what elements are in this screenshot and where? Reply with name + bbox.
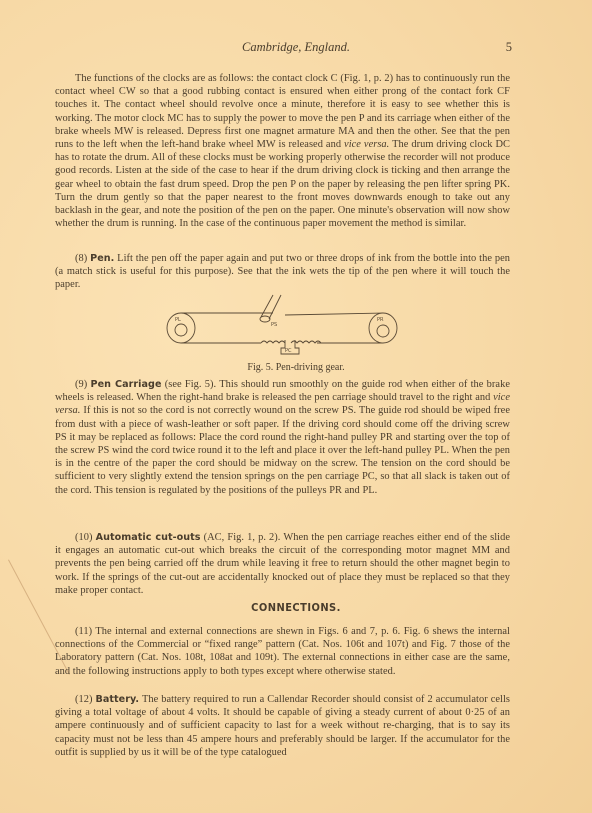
paragraph-text: The drum driving clock DC has to rotate … [55, 139, 510, 229]
italic-text: vice versa. [344, 139, 389, 150]
pen-driving-gear-diagram: PL PR PS PC [165, 290, 410, 365]
paragraph-connections: (11) The internal and external connectio… [55, 625, 510, 678]
paragraph-text: Lift the pen off the paper again and put… [55, 253, 510, 290]
paragraph-pen: (8) Pen. Lift the pen off the paper agai… [55, 252, 510, 292]
item-title: Pen. [90, 253, 114, 264]
paragraph-battery: (12) Battery. The battery required to ru… [55, 693, 510, 759]
label-pr: PR [377, 317, 384, 323]
label-pl: PL [175, 317, 181, 323]
paragraph-text: If this is not so the cord is not correc… [55, 405, 510, 495]
label-pc: PC [285, 348, 292, 354]
running-title: Cambridge, England. [0, 40, 592, 55]
page-header: Cambridge, England. 5 [0, 40, 592, 56]
item-number: (11) [75, 626, 92, 637]
item-number: (9) [75, 379, 87, 390]
item-title: Automatic cut-outs [96, 532, 201, 543]
label-ps: PS [271, 322, 277, 328]
item-number: (12) [75, 694, 93, 705]
paragraph-cutouts: (10) Automatic cut-outs (AC, Fig. 1, p. … [55, 531, 510, 597]
item-title: Pen Carriage [91, 379, 162, 390]
paragraph-pen-carriage: (9) Pen Carriage (see Fig. 5). This shou… [55, 378, 510, 497]
page-number: 5 [506, 40, 512, 55]
paragraph-clocks: The functions of the clocks are as follo… [55, 72, 510, 230]
item-number: (8) [75, 253, 87, 264]
paragraph-text: The internal and external connections ar… [55, 626, 510, 677]
figure-pen-driving-gear: PL PR PS PC [165, 290, 410, 365]
figure-caption: Fig. 5. Pen-driving gear. [0, 362, 592, 373]
item-number: (10) [75, 532, 93, 543]
section-heading-connections: CONNECTIONS. [30, 601, 563, 614]
document-page: Cambridge, England. 5 The functions of t… [0, 0, 592, 813]
item-title: Battery. [96, 694, 140, 705]
